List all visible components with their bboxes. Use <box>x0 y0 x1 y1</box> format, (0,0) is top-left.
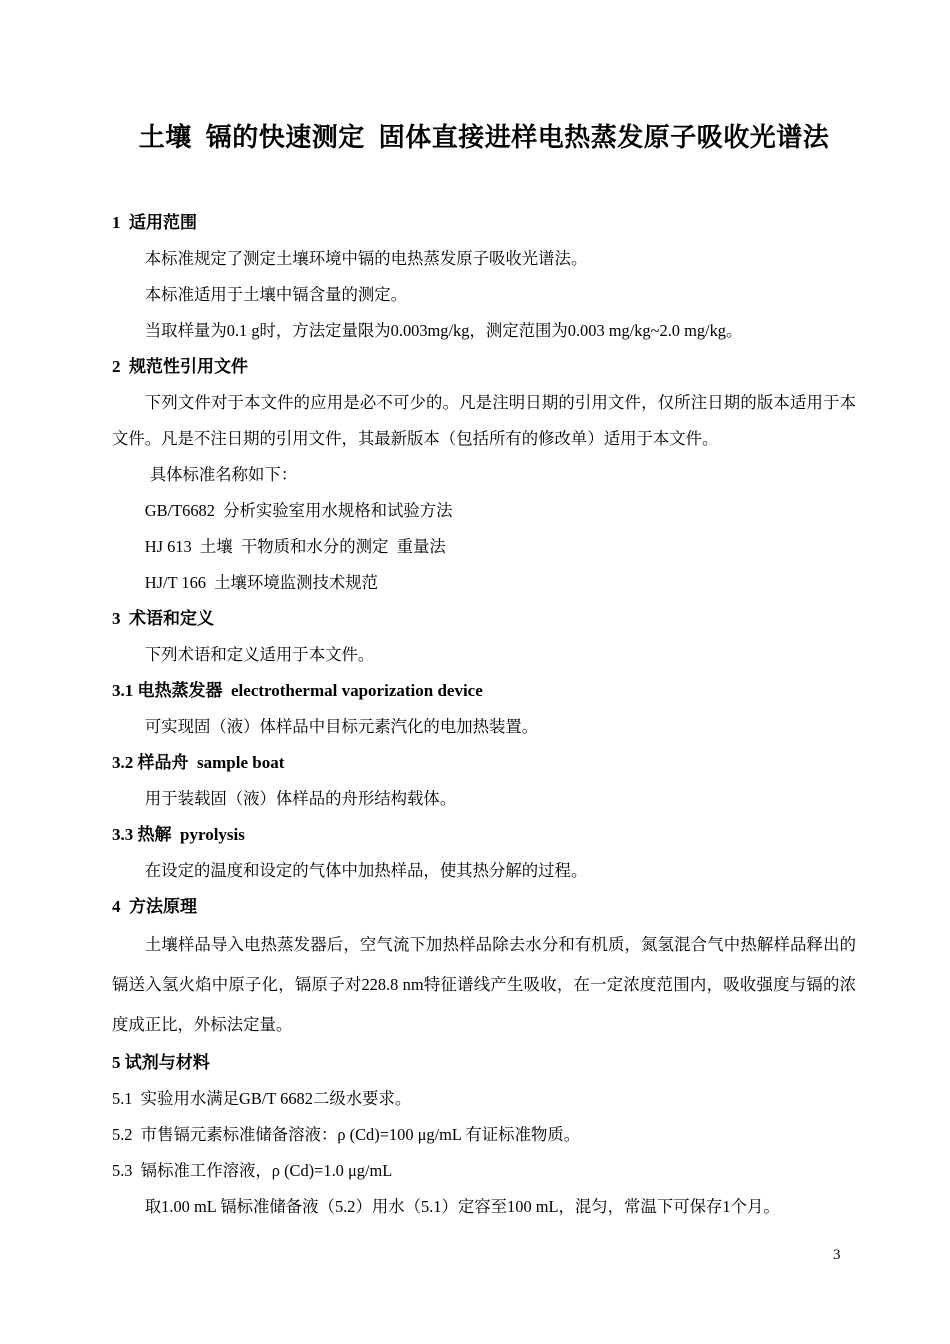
term-3-1-definition: 可实现固（液）体样品中目标元素汽化的电加热装置。 <box>112 709 856 745</box>
section-3-heading: 3 术语和定义 <box>112 601 856 637</box>
section-4-heading: 4 方法原理 <box>112 889 856 925</box>
references-intro-paragraph: 下列文件对于本文件的应用是必不可少的。凡是注明日期的引用文件，仅所注日期的版本适… <box>112 385 856 457</box>
doc-title: 土壤 镉的快速测定 固体直接进样电热蒸发原子吸收光谱法 <box>112 118 856 158</box>
document-page: 土壤 镉的快速测定 固体直接进样电热蒸发原子吸收光谱法 1 适用范围 本标准规定… <box>0 0 950 1344</box>
page-number: 3 <box>833 1245 841 1265</box>
term-3-2-heading: 3.2 样品舟 sample boat <box>112 745 856 781</box>
principle-paragraph: 土壤样品导入电热蒸发器后，空气流下加热样品除去水分和有机质，氮氢混合气中热解样品… <box>112 925 856 1045</box>
terms-intro-paragraph: 下列术语和定义适用于本文件。 <box>112 637 856 673</box>
section-2-heading: 2 规范性引用文件 <box>112 349 856 385</box>
scope-paragraph-3: 当取样量为0.1 g时，方法定量限为0.003mg/kg，测定范围为0.003 … <box>112 313 856 349</box>
reagent-item-5-3: 5.3 镉标准工作溶液，ρ (Cd)=1.0 μg/mL <box>112 1153 856 1189</box>
scope-paragraph-2: 本标准适用于土壤中镉含量的测定。 <box>112 277 856 313</box>
section-5-heading: 5 试剂与材料 <box>112 1045 856 1081</box>
reference-item-hj613: HJ 613 土壤 干物质和水分的测定 重量法 <box>112 529 856 565</box>
term-3-1-heading: 3.1 电热蒸发器 electrothermal vaporization de… <box>112 673 856 709</box>
scope-paragraph-1: 本标准规定了测定土壤环境中镉的电热蒸发原子吸收光谱法。 <box>112 241 856 277</box>
reference-item-gbt6682: GB/T6682 分析实验室用水规格和试验方法 <box>112 493 856 529</box>
page-content: 土壤 镉的快速测定 固体直接进样电热蒸发原子吸收光谱法 1 适用范围 本标准规定… <box>112 0 856 1225</box>
references-list-intro: 具体标准名称如下： <box>112 457 856 493</box>
term-3-3-definition: 在设定的温度和设定的气体中加热样品，使其热分解的过程。 <box>112 853 856 889</box>
reference-item-hjt166: HJ/T 166 土壤环境监测技术规范 <box>112 565 856 601</box>
reagent-item-5-1: 5.1 实验用水满足GB/T 6682二级水要求。 <box>112 1081 856 1117</box>
reagent-item-5-2: 5.2 市售镉元素标准储备溶液：ρ (Cd)=100 μg/mL 有证标准物质。 <box>112 1117 856 1153</box>
section-1-heading: 1 适用范围 <box>112 205 856 241</box>
term-3-3-heading: 3.3 热解 pyrolysis <box>112 817 856 853</box>
reagent-5-3-preparation-paragraph: 取1.00 mL 镉标准储备液（5.2）用水（5.1）定容至100 mL，混匀，… <box>112 1189 856 1225</box>
term-3-2-definition: 用于装载固（液）体样品的舟形结构载体。 <box>112 781 856 817</box>
